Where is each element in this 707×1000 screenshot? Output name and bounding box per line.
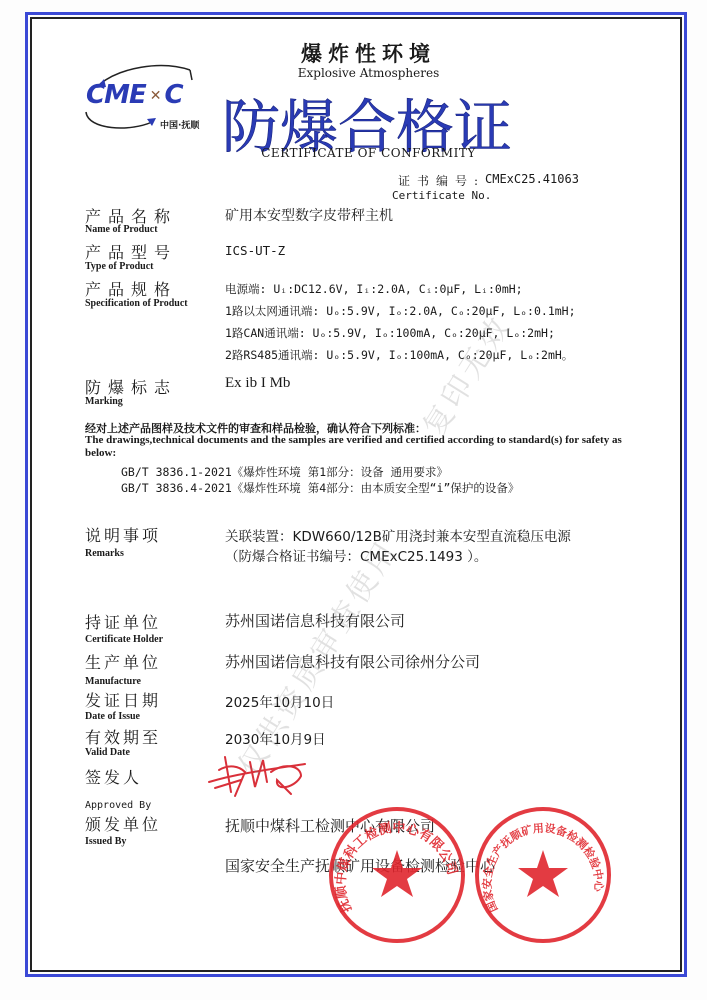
valid-date-label-en: Valid Date [85,747,130,758]
marking-label: 防爆标志 [85,375,177,398]
manufacturer-value: 苏州国诺信息科技有限公司徐州分公司 [225,651,480,672]
certificate-no-label: 证书编号: [398,172,485,189]
title-en-big: CERTIFICATE OF CONFORMITY [0,146,707,160]
manufacturer-label: 生产单位 [85,650,161,673]
spec-line-ethernet: 1路以太网通讯端: Uₒ:5.9V, Iₒ:2.0A, Cₒ:20μF, Lₒ:… [225,303,576,319]
holder-label: 持证单位 [85,610,161,633]
stamp-left-icon: 抚顺中煤科工检测中心有限公司 [327,805,467,945]
remarks-label: 说明事项 [85,523,161,546]
certificate-no-label-en: Certificate No. [392,189,491,202]
standards-intro-en: The drawings,technical documents and the… [85,434,625,460]
remarks-label-en: Remarks [85,548,124,559]
spec-line-power: 电源端: Uᵢ:DC12.6V, Iᵢ:2.0A, Cᵢ:0μF, Lᵢ:0mH… [225,281,523,297]
manufacturer-label-en: Manufacture [85,676,141,687]
specification-label: 产品规格 [85,277,177,300]
title-cn-small: 爆炸性环境 [0,38,707,68]
logo-subtitle: 中国·抚顺 [160,118,199,131]
marking-value: Ex ib I Mb [225,375,290,392]
issued-by-label-en: Issued By [85,836,126,847]
approved-by-label-en: Approved By [85,800,151,811]
title-en-small: Explosive Atmospheres [0,66,707,80]
remarks-line: 关联装置：KDW660/12B矿用浇封兼本安型直流稳压电源 [225,525,571,545]
specification-label-en: Specification of Product [85,298,188,309]
product-name-label-en: Name of Product [85,224,158,235]
valid-date-label: 有效期至 [85,725,161,748]
product-type-label-en: Type of Product [85,261,154,272]
product-type-value: ICS-UT-Z [225,243,285,258]
logo-text-tail: C [164,80,182,110]
logo-text: CME [86,80,146,110]
logo-ex-mark-icon: ✕ [150,88,161,104]
standard-item: GB/T 3836.1-2021《爆炸性环境 第1部分：设备 通用要求》 [121,464,448,480]
product-type-label: 产品型号 [85,240,177,263]
certificate-no-value: CMExC25.41063 [485,172,579,186]
spec-line-rs485: 2路RS485通讯端: Uₒ:5.9V, Iₒ:100mA, Cₒ:20μF, … [225,347,573,363]
standard-item: GB/T 3836.4-2021《爆炸性环境 第4部分：由本质安全型“i”保护的… [121,480,519,496]
holder-label-en: Certificate Holder [85,634,163,645]
product-name-value: 矿用本安型数字皮带秤主机 [225,205,393,225]
issue-date-label-en: Date of Issue [85,711,140,722]
marking-label-en: Marking [85,396,123,407]
approved-by-label: 签发人 [85,765,142,788]
issued-by-label: 颁发单位 [85,812,161,835]
stamp-right-icon: 国家安全生产抚顺矿用设备检测检验中心 [473,805,613,945]
issue-date-label: 发证日期 [85,688,161,711]
